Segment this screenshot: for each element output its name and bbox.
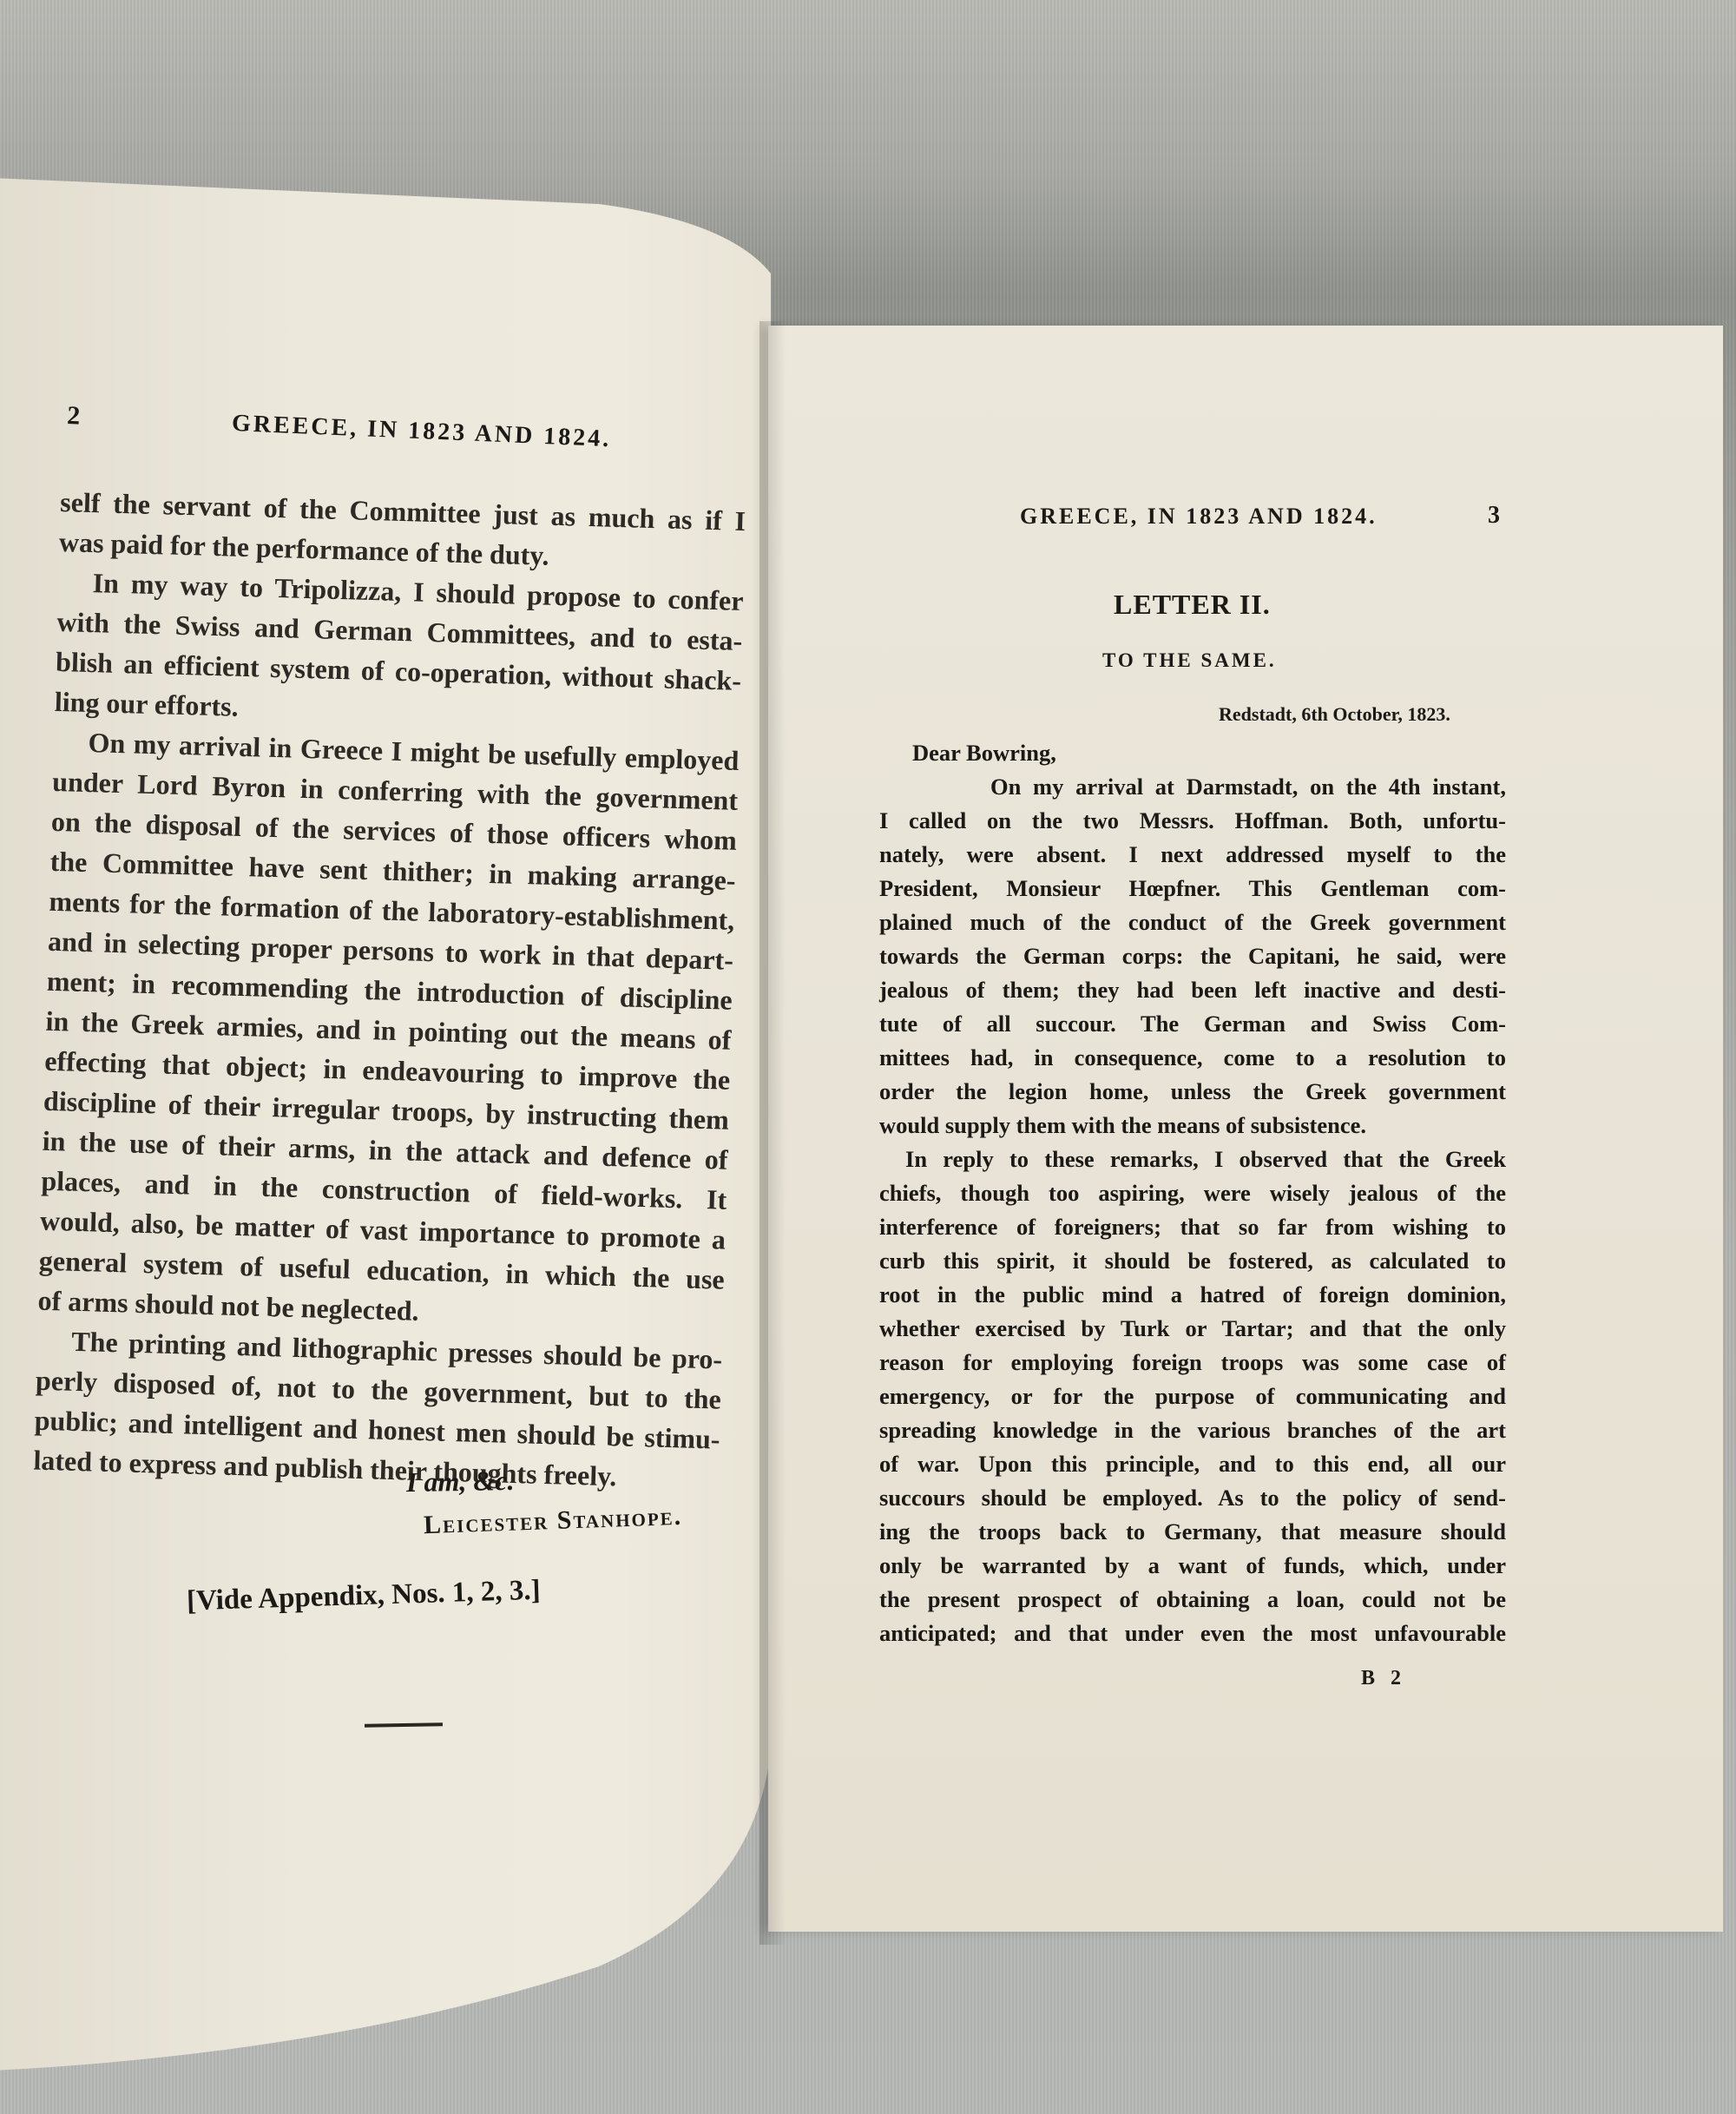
text-line: nately, were absent. I next addressed my…	[879, 838, 1506, 872]
text-line: of war. Upon this principle, and to this…	[879, 1447, 1506, 1481]
right-running-head: GREECE, IN 1823 AND 1824.	[1020, 504, 1378, 530]
text-line: mittees had, in consequence, come to a r…	[879, 1041, 1506, 1075]
text-line: plained much of the conduct of the Greek…	[879, 906, 1506, 939]
text-line: tute of all succour. The German and Swis…	[879, 1007, 1506, 1041]
right-page-number: 3	[1488, 502, 1500, 530]
letter-title: LETTER II.	[1114, 589, 1271, 621]
text-line: towards the German corps: the Capitani, …	[879, 939, 1506, 973]
text-line: ing the troops back to Germany, that mea…	[879, 1515, 1506, 1549]
salutation: Dear Bowring,	[879, 736, 1506, 770]
text-line: would supply them with the means of subs…	[879, 1109, 1506, 1143]
text-line: anticipated; and that under even the mos…	[879, 1617, 1506, 1650]
printer-signature-mark: B 2	[1361, 1667, 1406, 1690]
right-page-body: Dear Bowring, On my arrival at Darmstadt…	[879, 736, 1506, 1650]
text-line: chiefs, though too aspiring, were wisely…	[879, 1176, 1506, 1210]
text-line: spreading knowledge in the various branc…	[879, 1413, 1506, 1447]
letter-recipient: TO THE SAME.	[1102, 649, 1277, 672]
text-line: whether exercised by Turk or Tartar; and…	[879, 1312, 1506, 1346]
left-page-body: self the servant of the Committee just a…	[33, 482, 746, 1499]
text-line: curb this spirit, it should be fostered,…	[879, 1244, 1506, 1278]
text-line: On my arrival at Darmstadt, on the 4th i…	[879, 770, 1506, 804]
text-line: succours should be employed. As to the p…	[879, 1481, 1506, 1515]
text-line: order the legion home, unless the Greek …	[879, 1075, 1506, 1109]
text-line: reason for employing foreign troops was …	[879, 1346, 1506, 1380]
text-line: the present prospect of obtaining a loan…	[879, 1583, 1506, 1617]
letter-closing: I am, &c.	[406, 1465, 515, 1498]
book-gutter	[759, 321, 786, 1945]
text-line: interference of foreigners; that so far …	[879, 1210, 1506, 1244]
text-line: root in the public mind a hatred of fore…	[879, 1278, 1506, 1312]
text-line: In reply to these remarks, I observed th…	[879, 1143, 1506, 1176]
text-line: only be warranted by a want of funds, wh…	[879, 1549, 1506, 1583]
text-line: President, Monsieur Hœpfner. This Gentle…	[879, 872, 1506, 906]
left-page-number: 2	[67, 401, 83, 431]
letter-dateline: Redstadt, 6th October, 1823.	[1219, 703, 1450, 726]
text-line: emergency, or for the purpose of communi…	[879, 1380, 1506, 1413]
text-line: I called on the two Messrs. Hoffman. Bot…	[879, 804, 1506, 838]
text-line: jealous of them; they had been left inac…	[879, 973, 1506, 1007]
